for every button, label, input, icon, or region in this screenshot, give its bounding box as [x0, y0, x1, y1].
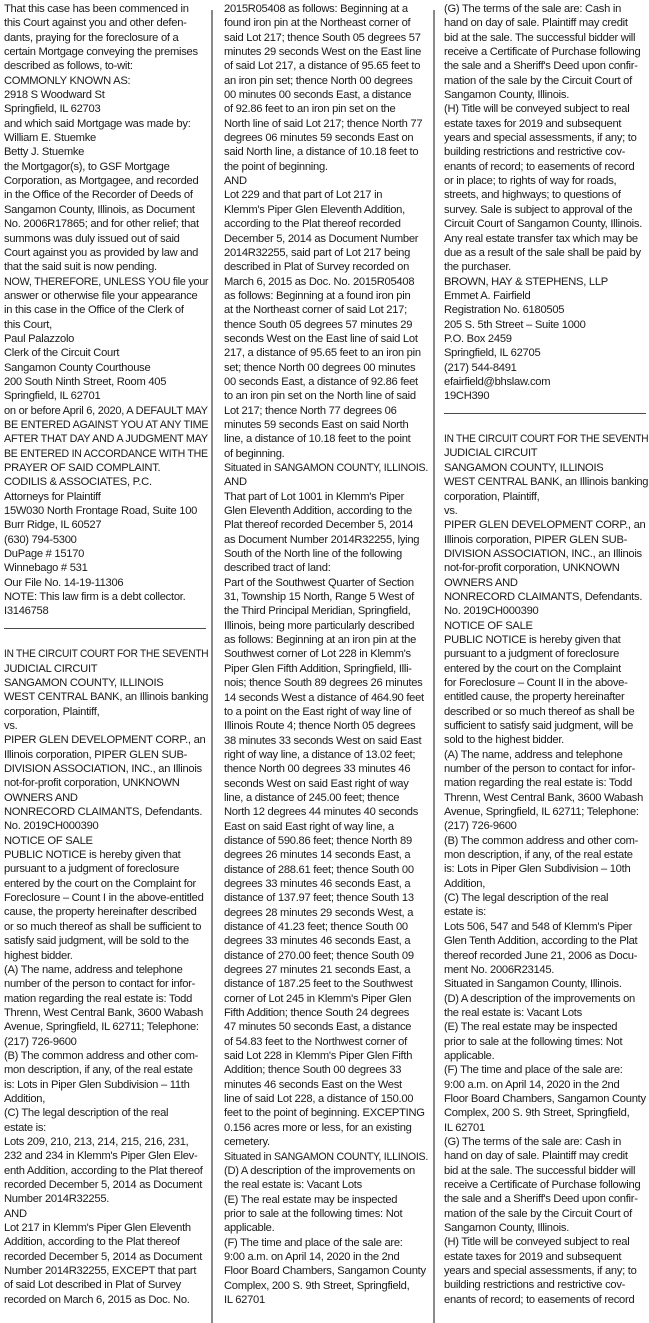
notice-line-wrapper: 9:00 a.m. on April 14, 2020 in the 2nd — [224, 1250, 430, 1264]
notice-text-line: mon description, if any, of the real est… — [444, 848, 648, 862]
notice-text-line: North line of said Lot 217; thence North… — [224, 117, 428, 131]
notice-line-wrapper: NONRECORD CLAIMANTS, Defendants. — [444, 590, 649, 604]
notice-text-line: Situated in Sangamon County, Illinois. — [444, 977, 648, 991]
notice-line-wrapper: NOTICE OF SALE — [4, 834, 210, 848]
notice-line-wrapper: distance of 288.61 feet; thence South 00 — [224, 863, 430, 877]
notice-text-line: JUDICIAL CIRCUIT — [444, 446, 648, 460]
notice-text-line: estate is: — [444, 905, 648, 919]
notice-text-line: in the Office of the Recorder of Deeds o… — [4, 188, 208, 202]
notice-line-wrapper: NONRECORD CLAIMANTS, Defendants. — [4, 805, 210, 819]
notice-text-line: IL 62701 — [444, 1121, 648, 1135]
notice-line-wrapper: Addition, — [4, 1092, 210, 1106]
notice-text-line: the purchaser. — [444, 260, 648, 274]
notice-line-wrapper: cause, the property hereinafter describe… — [4, 905, 210, 919]
notice-line-wrapper: corporation, Plaintiff, — [4, 705, 210, 719]
notice-line-wrapper: (H) Title will be conveyed subject to re… — [444, 1235, 649, 1249]
notice-text-line: (E) The real estate may be inspected — [444, 1020, 648, 1034]
notice-line-wrapper: 205 S. 5th Street – Suite 1000 — [444, 318, 649, 332]
notice-line-wrapper: Plat thereof recorded December 5, 2014 — [224, 518, 430, 532]
notice-line-wrapper: JUDICIAL CIRCUIT — [4, 662, 210, 676]
notice-text-line: PIPER GLEN DEVELOPMENT CORP., an — [4, 733, 208, 747]
notice-text-line: Our File No. 14-19-11306 — [4, 576, 208, 590]
notice-text-line: distance of 137.97 feet; thence South 13 — [224, 891, 428, 905]
notice-line-wrapper: pursuant to a judgment of foreclosure — [444, 647, 649, 661]
notice-line-wrapper: Betty J. Stuemke — [4, 145, 210, 159]
notice-line-wrapper: Burr Ridge, IL 60527 — [4, 518, 210, 532]
notice-text-line: 217, a distance of 95.65 feet to an iron… — [224, 346, 428, 360]
notice-line-wrapper: an iron pin set; thence North 00 degrees — [224, 74, 430, 88]
notice-text-line: (G) The terms of the sale are: Cash in — [444, 1135, 648, 1149]
notice-text-line: of said Lot described in Plat of Survey — [4, 1278, 208, 1292]
notice-line-wrapper: 2015R05408 as follows: Beginning at a — [224, 2, 430, 16]
notice-line-wrapper: mation regarding the real estate is: Tod… — [444, 776, 649, 790]
notice-text-line: 00 minutes 00 seconds East, a distance — [224, 88, 428, 102]
notice-line-wrapper: (E) The real estate may be inspected — [224, 1193, 430, 1207]
notice-line-wrapper: due as a result of the sale shall be pai… — [444, 246, 649, 260]
notice-text-line: of 92.86 feet to an iron pin set on the — [224, 102, 428, 116]
notice-text-line: 00 seconds East, a distance of 92.86 fee… — [224, 375, 428, 389]
notice-text-line: Southwest corner of Lot 228 in Klemm's — [224, 647, 428, 661]
notice-line-wrapper: AFTER THAT DAY AND A JUDGMENT MAY — [4, 432, 210, 446]
notice-line-wrapper: DuPage # 15170 — [4, 547, 210, 561]
notice-line-wrapper: Illinois corporation, PIPER GLEN SUB- — [444, 533, 649, 547]
notice-line-wrapper: the Third Principal Meridian, Springfiel… — [224, 604, 430, 618]
notice-line-wrapper: COMMONLY KNOWN AS: — [4, 74, 210, 88]
notice-text-line: NOW, THEREFORE, UNLESS YOU file your — [4, 275, 208, 289]
notice-line-wrapper: sold to the highest bidder. — [444, 733, 649, 747]
notice-text-line: Avenue, Springfield, IL 62711; Telephone… — [4, 1020, 208, 1034]
notice-text-line: Sangamon County, Illinois, as Document — [4, 203, 208, 217]
notice-line-wrapper: entered by the court on the Complaint — [444, 662, 649, 676]
notice-text-line: Glen Eleventh Addition, according to the — [224, 504, 428, 518]
notice-text-line: SANGAMON COUNTY, ILLINOIS — [4, 676, 208, 690]
notice-line-wrapper: SANGAMON COUNTY, ILLINOIS — [444, 461, 649, 475]
notice-line-wrapper: Addition; thence South 00 degrees 33 — [224, 1063, 430, 1077]
notice-text-line: right of way line, a distance of 13.02 f… — [224, 748, 428, 762]
notice-text-line: Fifth Addition; thence South 24 degrees — [224, 1006, 428, 1020]
notice-line-wrapper: Lots 209, 210, 213, 214, 215, 216, 231, — [4, 1135, 210, 1149]
notice-line-wrapper: Klemm's Piper Glen Eleventh Addition, — [224, 203, 430, 217]
notice-text-line: line, a distance of 245.00 feet; thence — [224, 791, 428, 805]
notice-text-line: Addition, — [444, 877, 648, 891]
notice-text-line: SANGAMON COUNTY, ILLINOIS — [444, 461, 648, 475]
notice-line-wrapper: WEST CENTRAL BANK, an Illinois banking — [4, 690, 210, 704]
notice-text-line: NOTE: This law firm is a debt collector. — [4, 590, 208, 604]
notice-line-wrapper: prior to sale at the following times: No… — [224, 1207, 430, 1221]
notice-line-wrapper: Situated in SANGAMON COUNTY, ILLINOIS. — [224, 1150, 430, 1164]
notice-text-line: BE ENTERED IN ACCORDANCE WITH THE — [4, 447, 208, 461]
notice-line-wrapper: years and special assessments, if any; t… — [444, 1264, 649, 1278]
notice-text-line: receive a Certificate of Purchase follow… — [444, 1178, 648, 1192]
notice-text-line: AND — [224, 174, 428, 188]
notice-text-line: degrees 27 minutes 21 seconds East, a — [224, 963, 428, 977]
notice-line-wrapper: I3146758 — [4, 604, 210, 618]
notice-line-wrapper: line, a distance of 10.18 feet to the po… — [224, 432, 430, 446]
notice-text-line: DuPage # 15170 — [4, 547, 208, 561]
notice-text-line: Illinois corporation, PIPER GLEN SUB- — [4, 748, 208, 762]
notice-line-wrapper: (G) The terms of the sale are: Cash in — [444, 1135, 649, 1149]
notice-text-line: NONRECORD CLAIMANTS, Defendants. — [444, 590, 648, 604]
notice-line-wrapper: OWNERS AND — [444, 576, 649, 590]
notice-line-wrapper: Paul Palazzolo — [4, 332, 210, 346]
notice-line-wrapper: nois; thence South 89 degrees 26 minutes — [224, 676, 430, 690]
notice-text-line: Complex, 200 S. 9th Street, Springfield, — [444, 1106, 648, 1120]
notice-text-line: degrees 28 minutes 29 seconds West, a — [224, 906, 428, 920]
notice-text-line: the Mortgagor(s), to GSF Mortgage — [4, 160, 208, 174]
notice-text-line: answer or otherwise file your appearance — [4, 289, 208, 303]
notice-line-wrapper: Threnn, West Central Bank, 3600 Wabash — [444, 791, 649, 805]
notice-line-wrapper: of beginning. — [224, 447, 430, 461]
notice-line-wrapper: sufficient to satisfy said judgment, wil… — [444, 719, 649, 733]
notice-text-line: Registration No. 6180505 — [444, 303, 648, 317]
notice-line-wrapper: DIVISION ASSOCIATION, INC., an Illinois — [444, 547, 649, 561]
notice-line-wrapper: PUBLIC NOTICE is hereby given that — [4, 848, 210, 862]
notice-text-line: (217) 726-9600 — [4, 1035, 208, 1049]
notice-text-line: (H) Title will be conveyed subject to re… — [444, 102, 648, 116]
notice-line-wrapper: SANGAMON COUNTY, ILLINOIS — [4, 676, 210, 690]
notice-text-line: (B) The common address and other com- — [4, 1049, 208, 1063]
notice-line-wrapper: (C) The legal description of the real — [4, 1106, 210, 1120]
notice-line-wrapper: William E. Stuemke — [4, 131, 210, 145]
notice-line-wrapper: Circuit Court of Sangamon County, Illino… — [444, 217, 649, 231]
notice-text-line: building restrictions and restrictive co… — [444, 145, 648, 159]
notice-text-line: IL 62701 — [224, 1293, 428, 1307]
notice-text-line: distance of 288.61 feet; thence South 00 — [224, 863, 428, 877]
notice-line-wrapper: set; thence North 00 degrees 00 minutes — [224, 361, 430, 375]
notice-line-wrapper: distance of 270.00 feet; thence South 09 — [224, 949, 430, 963]
notice-text-line: estate taxes for 2019 and subsequent — [444, 117, 648, 131]
notice-text-line: is: Lots in Piper Glen Subdivision – 10t… — [444, 862, 648, 876]
notice-line-wrapper: Court against you as provided by law and — [4, 246, 210, 260]
notice-text-line: NOTICE OF SALE — [4, 834, 208, 848]
notice-line-wrapper: (G) The terms of the sale are: Cash in — [444, 2, 649, 16]
notice-line-wrapper: Lot 217 in Klemm's Piper Glen Eleventh — [4, 1221, 210, 1235]
notice-text-line: at the Northeast corner of said Lot 217; — [224, 303, 428, 317]
notice-line-wrapper: South of the North line of the following — [224, 547, 430, 561]
notice-line-wrapper: mation of the sale by the Circuit Court … — [444, 1207, 649, 1221]
notice-text-line: (630) 794-5300 — [4, 533, 208, 547]
notice-line-wrapper: Sangamon County, Illinois. — [444, 88, 649, 102]
notice-text-line: Clerk of the Circuit Court — [4, 346, 208, 360]
notice-text-line: 2014R32255, said part of Lot 217 being — [224, 246, 428, 260]
notice-text-line: COMMONLY KNOWN AS: — [4, 74, 208, 88]
notice-line-wrapper: described in Plat of Survey recorded on — [224, 260, 430, 274]
notice-line-wrapper: satisfy said judgment, will be sold to t… — [4, 934, 210, 948]
notice-text-line: AND — [4, 1207, 208, 1221]
notice-line-wrapper: minutes 46 seconds East on the West — [224, 1078, 430, 1092]
legal-notices-page: That this case has been commenced inthis… — [0, 0, 649, 1323]
notice-text-line: of beginning. — [224, 447, 428, 461]
notice-line-wrapper: BROWN, HAY & STEPHENS, LLP — [444, 275, 649, 289]
notice-line-wrapper: that the said suit is now pending. — [4, 260, 210, 274]
notice-line-wrapper: distance of 41.23 feet; thence South 00 — [224, 920, 430, 934]
notice-line-wrapper: described tract of land: — [224, 561, 430, 575]
notice-text-line: and which said Mortgage was made by: — [4, 117, 208, 131]
notice-text-line: Emmet A. Fairfield — [444, 289, 648, 303]
notice-text-line: certain Mortgage conveying the premises — [4, 45, 208, 59]
notice-text-line: No. 2006R17865; and for other relief; th… — [4, 217, 208, 231]
notice-text-line: distance of 590.86 feet; thence North 89 — [224, 834, 428, 848]
notice-line-wrapper: NOTICE OF SALE — [444, 619, 649, 633]
notice-text-line: said Lot 228 in Klemm's Piper Glen Fifth — [224, 1049, 428, 1063]
notice-text-line: PUBLIC NOTICE is hereby given that — [4, 848, 208, 862]
notice-line-wrapper: Lots 506, 547 and 548 of Klemm's Piper — [444, 920, 649, 934]
notice-text-line: enants of record; to easements of record — [444, 160, 648, 174]
notice-text-line: highest bidder. — [4, 949, 208, 963]
notice-line-wrapper: Springfield, IL 62705 — [444, 346, 649, 360]
notice-text-line: prior to sale at the following times: No… — [224, 1207, 428, 1221]
notice-line-wrapper: or in place; to rights of way for roads, — [444, 174, 649, 188]
notice-text-line: is: Lots in Piper Glen Subdivision – 11t… — [4, 1078, 208, 1092]
notice-line-wrapper: vs. — [444, 504, 649, 518]
notice-line-wrapper: 217, a distance of 95.65 feet to an iron… — [224, 346, 430, 360]
notice-line-wrapper: building restrictions and restrictive co… — [444, 145, 649, 159]
column-2: 2015R05408 as follows: Beginning at afou… — [224, 0, 430, 1323]
notice-line-wrapper: Clerk of the Circuit Court — [4, 346, 210, 360]
notice-text-line: estate taxes for 2019 and subsequent — [444, 1250, 648, 1264]
notice-text-line: 9:00 a.m. on April 14, 2020 in the 2nd — [224, 1250, 428, 1264]
notice-line-wrapper: streets, and highways; to questions of — [444, 188, 649, 202]
notice-text-line: That this case has been commenced in — [4, 2, 208, 16]
notice-line-wrapper: and which said Mortgage was made by: — [4, 117, 210, 131]
notice-line-wrapper: mon description, if any, of the real est… — [4, 1063, 210, 1077]
notice-text-line: No. 2019CH000390 — [444, 604, 648, 618]
notice-line-wrapper: Floor Board Chambers, Sangamon County — [444, 1092, 649, 1106]
notice-line-wrapper: dants, praying for the foreclosure of a — [4, 31, 210, 45]
notice-text-line: Circuit Court of Sangamon County, Illino… — [444, 217, 648, 231]
notice-text-line: entitled cause, the property hereinafter — [444, 690, 648, 704]
notice-line-wrapper: Number 2014R32255, EXCEPT that part — [4, 1264, 210, 1278]
notice-text-line: years and special assessments, if any; t… — [444, 1264, 648, 1278]
notice-line-wrapper: Fifth Addition; thence South 24 degrees — [224, 1006, 430, 1020]
notice-line-wrapper: PUBLIC NOTICE is hereby given that — [444, 633, 649, 647]
notice-line-wrapper: Glen Eleventh Addition, according to the — [224, 504, 430, 518]
notice-text-line: described in Plat of Survey recorded on — [224, 260, 428, 274]
notice-text-line: December 5, 2014 as Document Number — [224, 232, 428, 246]
notice-text-line: AND — [224, 475, 428, 489]
notice-line-wrapper: March 6, 2015 as Doc. No. 2015R05408 — [224, 275, 430, 289]
notice-text-line: South of the North line of the following — [224, 547, 428, 561]
notice-line-wrapper: 19CH390 — [444, 389, 649, 403]
notice-text-line: cemetery. — [224, 1135, 428, 1149]
notice-line-wrapper: (H) Title will be conveyed subject to re… — [444, 102, 649, 116]
notice-line-wrapper: enants of record; to easements of record — [444, 1293, 649, 1307]
notice-line-wrapper: (B) The common address and other com- — [4, 1049, 210, 1063]
notice-text-line: Situated in SANGAMON COUNTY, ILLINOIS. — [224, 1150, 428, 1164]
notice-text-line: mation of the sale by the Circuit Court … — [444, 1207, 648, 1221]
notice-line-wrapper: said Lot 217; thence South 05 degrees 57 — [224, 31, 430, 45]
notice-line-wrapper: degrees 33 minutes 46 seconds East, a — [224, 877, 430, 891]
notice-line-wrapper: (217) 726-9600 — [4, 1035, 210, 1049]
notice-text-line: thence South 05 degrees 57 minutes 29 — [224, 318, 428, 332]
notice-line-wrapper: Illinois Route 4; thence North 05 degree… — [224, 719, 430, 733]
legal-notice: 2015R05408 as follows: Beginning at afou… — [224, 2, 430, 1307]
notice-line-wrapper: (A) The name, address and telephone — [4, 963, 210, 977]
notice-line-wrapper: (F) The time and place of the sale are: — [224, 1236, 430, 1250]
notice-text-line: WEST CENTRAL BANK, an Illinois banking — [444, 475, 648, 489]
notice-line-wrapper: 00 minutes 00 seconds East, a distance — [224, 88, 430, 102]
notice-text-line: Addition; thence South 00 degrees 33 — [224, 1063, 428, 1077]
notice-text-line: Any real estate transfer tax which may b… — [444, 232, 648, 246]
notice-text-line: Illinois corporation, PIPER GLEN SUB- — [444, 533, 648, 547]
notice-text-line: 200 South Ninth Street, Room 405 — [4, 375, 208, 389]
notice-line-wrapper: the real estate is: Vacant Lots — [224, 1178, 430, 1192]
notice-line-wrapper: recorded on March 6, 2015 as Doc. No. — [4, 1293, 210, 1307]
notice-line-wrapper: P.O. Box 2459 — [444, 332, 649, 346]
notice-text-line: No. 2019CH000390 — [4, 819, 208, 833]
notice-text-line: (A) The name, address and telephone — [4, 963, 208, 977]
notice-text-line: minutes 59 seconds East on said North — [224, 418, 428, 432]
notice-text-line: Illinois, being more particularly descri… — [224, 619, 428, 633]
notice-line-wrapper: described as follows, to-wit: — [4, 59, 210, 73]
notice-line-wrapper: (217) 726-9600 — [444, 819, 649, 833]
notice-text-line: Glen Tenth Addition, according to the Pl… — [444, 934, 648, 948]
notice-line-wrapper: right of way line, a distance of 13.02 f… — [224, 748, 430, 762]
notice-line-wrapper: feet to the point of beginning. EXCEPTIN… — [224, 1106, 430, 1120]
notice-text-line: Court against you as provided by law and — [4, 246, 208, 260]
notice-line-wrapper: receive a Certificate of Purchase follow… — [444, 45, 649, 59]
notice-text-line: IN THE CIRCUIT COURT FOR THE SEVENTH — [444, 432, 648, 446]
notice-text-line: Sangamon County, Illinois. — [444, 88, 648, 102]
notice-text-line: number of the person to contact for info… — [4, 977, 208, 991]
notice-text-line: mation regarding the real estate is: Tod… — [4, 992, 208, 1006]
notice-text-line: Illinois Route 4; thence North 05 degree… — [224, 719, 428, 733]
notice-text-line: AFTER THAT DAY AND A JUDGMENT MAY — [4, 432, 208, 446]
notice-line-wrapper: No. 2019CH000390 — [444, 604, 649, 618]
notice-text-line: the point of beginning. — [224, 160, 428, 174]
notice-line-wrapper: line of said Lot 228, a distance of 150.… — [224, 1092, 430, 1106]
notice-line-wrapper: degrees 06 minutes 59 seconds East on — [224, 131, 430, 145]
notice-text-line: found iron pin at the Northeast corner o… — [224, 16, 428, 30]
notice-line-wrapper: mon description, if any, of the real est… — [444, 848, 649, 862]
notice-line-wrapper: Addition, — [444, 877, 649, 891]
notice-line-wrapper: 232 and 234 in Klemm's Piper Glen Elev- — [4, 1149, 210, 1163]
notice-text-line: that the said suit is now pending. — [4, 260, 208, 274]
notice-text-line: 9:00 a.m. on April 14, 2020 in the 2nd — [444, 1078, 648, 1092]
notice-text-line: Floor Board Chambers, Sangamon County — [224, 1264, 428, 1278]
notice-text-line: recorded December 5, 2014 as Document — [4, 1250, 208, 1264]
notice-text-line: Threnn, West Central Bank, 3600 Wabash — [4, 1006, 208, 1020]
notice-line-wrapper: AND — [224, 475, 430, 489]
notice-line-wrapper: Number 2014R32255. — [4, 1192, 210, 1206]
notice-text-line: survey. Sale is subject to approval of t… — [444, 203, 648, 217]
notice-text-line: described as follows, to-wit: — [4, 59, 208, 73]
notice-text-line: PIPER GLEN DEVELOPMENT CORP., an — [444, 518, 648, 532]
notice-line-wrapper: corner of Lot 245 in Klemm's Piper Glen — [224, 992, 430, 1006]
notice-text-line: seconds West on said East right of way — [224, 777, 428, 791]
notice-text-line: degrees 33 minutes 46 seconds East, a — [224, 934, 428, 948]
notice-text-line: IN THE CIRCUIT COURT FOR THE SEVENTH — [4, 647, 208, 661]
notice-text-line: WEST CENTRAL BANK, an Illinois banking — [4, 690, 208, 704]
notice-text-line: pursuant to a judgment of foreclosure — [4, 862, 208, 876]
notice-line-wrapper: mation of the sale by the Circuit Court … — [444, 74, 649, 88]
notice-text-line: distance of 270.00 feet; thence South 09 — [224, 949, 428, 963]
notice-line-wrapper: applicable. — [224, 1221, 430, 1235]
notice-text-line: Lots 209, 210, 213, 214, 215, 216, 231, — [4, 1135, 208, 1149]
notice-text-line: satisfy said judgment, will be sold to t… — [4, 934, 208, 948]
notice-text-line: March 6, 2015 as Doc. No. 2015R05408 — [224, 275, 428, 289]
notice-text-line: Lot 229 and that part of Lot 217 in — [224, 188, 428, 202]
notice-text-line: (C) The legal description of the real — [4, 1106, 208, 1120]
notice-text-line: on or before April 6, 2020, A DEFAULT MA… — [4, 404, 208, 418]
notice-line-wrapper: Illinois, being more particularly descri… — [224, 619, 430, 633]
notice-line-wrapper: Sangamon County, Illinois, as Document — [4, 203, 210, 217]
notice-line-wrapper: (217) 544-8491 — [444, 361, 649, 375]
notice-line-wrapper: Winnebago # 531 — [4, 561, 210, 575]
notice-text-line: Burr Ridge, IL 60527 — [4, 518, 208, 532]
notice-line-wrapper: corporation, Plaintiff, — [444, 490, 649, 504]
notice-line-wrapper: to a point on the East right of way line… — [224, 705, 430, 719]
notice-line-wrapper: the Mortgagor(s), to GSF Mortgage — [4, 160, 210, 174]
notice-text-line: PRAYER OF SAID COMPLAINT. — [4, 461, 208, 475]
legal-notice: (G) The terms of the sale are: Cash inha… — [444, 2, 649, 404]
column-divider-2 — [433, 10, 435, 1323]
notice-text-line: this Court against you and other defen- — [4, 16, 208, 30]
notice-line-wrapper: 15W030 North Frontage Road, Suite 100 — [4, 504, 210, 518]
notice-line-wrapper: NOTE: This law firm is a debt collector. — [4, 590, 210, 604]
notice-line-wrapper: distance of 187.25 feet to the Southwest — [224, 977, 430, 991]
notice-line-wrapper: survey. Sale is subject to approval of t… — [444, 203, 649, 217]
notice-text-line: 232 and 234 in Klemm's Piper Glen Elev- — [4, 1149, 208, 1163]
notice-text-line: I3146758 — [4, 604, 208, 618]
notice-line-wrapper: hand on day of sale. Plaintiff may credi… — [444, 16, 649, 30]
notice-line-wrapper: said Lot 228 in Klemm's Piper Glen Fifth — [224, 1049, 430, 1063]
notice-text-line: PUBLIC NOTICE is hereby given that — [444, 633, 648, 647]
notice-text-line: of said Lot 217, a distance of 95.65 fee… — [224, 59, 428, 73]
notice-text-line: estate is: — [4, 1121, 208, 1135]
notice-text-line: Sangamon County Courthouse — [4, 361, 208, 375]
notice-line-wrapper: Addition, according to the Plat thereof — [4, 1235, 210, 1249]
notice-text-line: the sale and a Sheriff's Deed upon confi… — [444, 1192, 648, 1206]
notice-line-wrapper: Sangamon County, Illinois. — [444, 1221, 649, 1235]
notice-text-line: Addition, — [4, 1092, 208, 1106]
notice-line-wrapper: Threnn, West Central Bank, 3600 Wabash — [4, 1006, 210, 1020]
notice-text-line: of 54.83 feet to the Northwest corner of — [224, 1035, 428, 1049]
notice-line-wrapper: mation regarding the real estate is: Tod… — [4, 992, 210, 1006]
notice-line-wrapper: of 92.86 feet to an iron pin set on the — [224, 102, 430, 116]
notice-line-wrapper: Sangamon County Courthouse — [4, 361, 210, 375]
notice-text-line: thence North 00 degrees 33 minutes 46 — [224, 762, 428, 776]
notice-line-wrapper: certain Mortgage conveying the premises — [4, 45, 210, 59]
notice-text-line: vs. — [4, 719, 208, 733]
notice-line-wrapper: WEST CENTRAL BANK, an Illinois banking — [444, 475, 649, 489]
notice-line-wrapper: of said Lot 217, a distance of 95.65 fee… — [224, 59, 430, 73]
notice-line-wrapper: (E) The real estate may be inspected — [444, 1020, 649, 1034]
notice-line-wrapper: (A) The name, address and telephone — [444, 748, 649, 762]
notice-line-wrapper: line, a distance of 245.00 feet; thence — [224, 791, 430, 805]
notice-text-line: vs. — [444, 504, 648, 518]
notice-text-line: enants of record; to easements of record — [444, 1293, 648, 1307]
notice-text-line: cause, the property hereinafter describe… — [4, 905, 208, 919]
notice-line-wrapper: entitled cause, the property hereinafter — [444, 690, 649, 704]
notice-line-wrapper: Complex, 200 S. 9th Street, Springfield, — [224, 1279, 430, 1293]
notice-line-wrapper: degrees 28 minutes 29 seconds West, a — [224, 906, 430, 920]
notice-line-wrapper: the sale and a Sheriff's Deed upon confi… — [444, 59, 649, 73]
notice-line-wrapper: Springfield, IL 62703 — [4, 102, 210, 116]
notice-line-wrapper: Piper Glen Fifth Addition, Springfield, … — [224, 662, 430, 676]
notice-line-wrapper: as Document Number 2014R32255, lying — [224, 533, 430, 547]
notice-text-line: the Third Principal Meridian, Springfiel… — [224, 604, 428, 618]
notice-text-line: the real estate is: Vacant Lots — [444, 1006, 648, 1020]
notice-text-line: corporation, Plaintiff, — [444, 490, 648, 504]
notice-text-line: this Court, — [4, 318, 208, 332]
notice-line-wrapper: 14 seconds West a distance of 464.90 fee… — [224, 691, 430, 705]
notice-line-wrapper: ment No. 2006R23145. — [444, 963, 649, 977]
notice-text-line: Addition, according to the Plat thereof — [4, 1235, 208, 1249]
notice-line-wrapper: as follows: Beginning at an iron pin at … — [224, 633, 430, 647]
notice-text-line: seconds West on the East line of said Lo… — [224, 332, 428, 346]
notice-line-wrapper: PIPER GLEN DEVELOPMENT CORP., an — [444, 518, 649, 532]
